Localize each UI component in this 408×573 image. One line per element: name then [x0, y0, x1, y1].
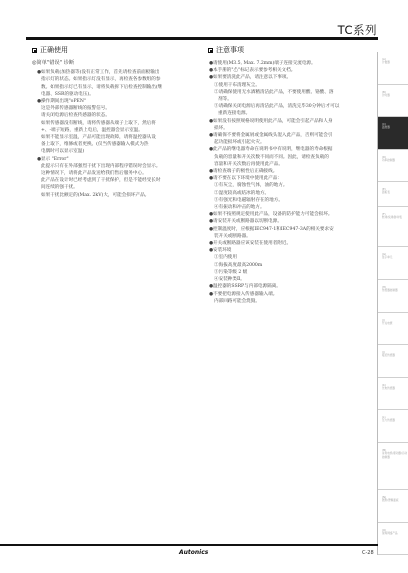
text-line: ●本手册的"⚠"标记表示要参考相关文档。 [209, 67, 369, 74]
text-line: ④安装种类Ⅱ。 [209, 276, 369, 283]
subheading-error-diagnosis: ◎简单"错误" 诊断 [32, 60, 192, 67]
text-line: ①有灰尘，腐蚀性气体，油的地方。 [209, 182, 369, 189]
text-line: 此产品在设计时已经考虑到了干扰保护，但是不能经受长时 [32, 177, 192, 184]
right-column: ●请使用(M3.5, Max. 7.2mm)端子连接交流电源。●本手册的"⚠"标… [209, 60, 369, 305]
sidebar-tab-a[interactable]: (A)计数器 [378, 52, 408, 85]
sidebar-tab-g[interactable]: (G)显示单元 [378, 247, 408, 280]
sidebar-tab-o[interactable]: (O)现场网络产品 [378, 523, 408, 555]
sidebar-tab-f[interactable]: (F)转速/线速/脉冲表 [378, 207, 408, 247]
text-line: 损坏。 [209, 125, 369, 132]
text-line: ●如果没有按照规格说明使用此产品，可能会引起产品和人身 [209, 118, 369, 125]
text-line: ●请检查端子的极性后正确接线。 [209, 168, 369, 175]
sidebar-tab-b[interactable]: (B)计时器 [378, 85, 408, 117]
page-number: C-28 [362, 550, 374, 556]
text-line: 如果传感器没有断线，请将传感器从端子上取下，然后将 [32, 120, 192, 127]
sidebar-tab-i[interactable]: (I)开关电源 [378, 313, 408, 345]
text-line: ●如果负载(加热器等)没有正常工作，首先请检查前面板输出 [32, 69, 192, 76]
text-line: 备上取下，维修或者更换。(仅当传感器输入模式为热 [32, 141, 192, 148]
text-line: 起功能损坏或引起火灾。 [209, 139, 369, 146]
text-line: ③有强光和电磁辐射存在的地方。 [209, 197, 369, 204]
tab-label: 转速/线速/脉冲表 [382, 216, 402, 219]
tab-label: 功率控制器 [382, 159, 395, 162]
text-line: +、-端子短路，重新上电后，温控器会显示室温。 [32, 127, 192, 134]
tab-label: 开关电源 [382, 322, 392, 325]
text-line: 剂等。 [209, 96, 369, 103]
top-rule [26, 37, 378, 40]
text-line: ●操作期间出现"oPEN" [32, 98, 192, 105]
text-line: ②请确保使用无水酒精清洁此产品，不要使用酸、铬酸、溶 [209, 89, 369, 96]
text-line: 重新连接电源。 [209, 110, 369, 117]
right-text-body: ●请使用(M3.5, Max. 7.2mm)端子连接交流电源。●本手册的"⚠"标… [209, 60, 369, 305]
tab-label: 面板表 [382, 191, 390, 194]
text-line: ③请确保关闭电源后再清洁此产品，清洗完毕30分钟后才可以 [209, 103, 369, 110]
text-line: ●此产品的继电器寿命在说明书中有说明，继电器的寿命根据 [209, 146, 369, 153]
text-line: 数。如果指示灯已有显示，请将负载拆下后检查控制输出(继 [32, 84, 192, 91]
text-line: ●控制温度时，应根据IEC947-1和IEC947-3A的相关要求安 [209, 226, 369, 233]
sidebar-tab-l[interactable]: (L)压力传感器 [378, 410, 408, 443]
tab-label: 光电传感器 [382, 387, 395, 390]
sidebar-tab-j[interactable]: (J)接近传感器 [378, 345, 408, 378]
text-line: ●请确保不要将金属屑或金属线头混入此产品，否则可能会引 [209, 132, 369, 139]
text-line: ①使用干布清理灰尘。 [209, 82, 369, 89]
text-line: ●温控器的SSRP与内部电源隔离。 [209, 283, 369, 290]
text-line: ●如果要清洗此产品，请注意以下事项。 [209, 74, 369, 81]
tab-label: 计数器 [382, 61, 390, 64]
sidebar-tab-d[interactable]: (D)功率控制器 [378, 150, 408, 182]
tab-label: 温控器 [382, 126, 390, 129]
sidebar-tabs: (A)计数器(B)计时器(C)温控器(D)功率控制器(E)面板表(F)转速/线速… [377, 52, 408, 555]
text-line: ③污染等级 2 级 [209, 269, 369, 276]
sidebar-tab-k[interactable]: (K)光电传感器 [378, 378, 408, 410]
tab-label: 步进电机/驱动器/运动控制器 [382, 452, 407, 458]
left-column: ◎简单"错误" 诊断 ●如果负载(加热器等)没有正常工作，首先请检查前面板输出指… [32, 60, 192, 199]
text-line: ●安装环境 [209, 247, 369, 254]
text-line: 间连续的强干扰。 [32, 184, 192, 191]
text-line: ●不要把电源接入传感器输入端。 [209, 291, 369, 298]
text-line: ●请不要在以下环境中使用此产品： [209, 175, 369, 182]
sidebar-tab-e[interactable]: (E)面板表 [378, 182, 408, 207]
text-line: 负载的容量和开关次数不同而不同。因此，请检查负载的 [209, 154, 369, 161]
square-bullet-icon [208, 48, 213, 53]
text-line: 这种情况下，请将此产品发送给我们售后服务中心。 [32, 170, 192, 177]
text-line: ●开关或断路器应该安装在使用者附近。 [209, 240, 369, 247]
tab-label: 接近传感器 [382, 354, 395, 357]
text-line: 请关闭电源后检查传感器的状态。 [32, 112, 192, 119]
text-line: ②海拔高度最高2000m [209, 262, 369, 269]
text-line: 电器、SSR的驱动电压)。 [32, 91, 192, 98]
text-line: 这是外部传感器断线的报警信号。 [32, 105, 192, 112]
section-heading-correct-use: 正确使用 [32, 45, 68, 55]
left-text-body: ●如果负载(加热器等)没有正常工作，首先请检查前面板输出指示灯的状态。如果指示灯… [32, 69, 192, 199]
tab-label: 计时器 [382, 94, 390, 97]
tab-label: 压力传感器 [382, 419, 395, 422]
section-heading-cautions: 注意事项 [208, 45, 244, 55]
section-heading-label: 注意事项 [216, 45, 244, 55]
brand-logo: Autonics [179, 549, 208, 556]
tab-label: 图形/逻辑面板 [382, 499, 398, 502]
section-heading-label: 正确使用 [40, 45, 68, 55]
tab-label: 现场网络产品 [382, 532, 398, 535]
sidebar-tab-n[interactable]: (N)图形/逻辑面板 [378, 490, 408, 523]
text-line: 此提示只有在外部强烈干扰下出现内部程序错误时会显示。 [32, 163, 192, 170]
square-bullet-icon [32, 48, 37, 53]
text-line: ④有振动和冲击的地方。 [209, 204, 369, 211]
text-line: ①室内使用 [209, 254, 369, 261]
tab-label: 显示单元 [382, 256, 392, 259]
text-line: ②湿度较高或结冰的地方。 [209, 190, 369, 197]
text-line: ●请使用(M3.5, Max. 7.2mm)端子连接交流电源。 [209, 60, 369, 67]
text-line: ●如果不按照规定使用此产品，设备的防护能力可能会损坏。 [209, 211, 369, 218]
bottom-rule [0, 544, 378, 546]
text-line: 如果不能显示室温，产品可能出现故障，请将温控器从设 [32, 134, 192, 141]
text-line: 装开关或断路器。 [209, 233, 369, 240]
series-title: TC系列 [338, 22, 377, 38]
sidebar-tab-c[interactable]: (C)温控器 [378, 117, 408, 150]
text-line: 如果干扰比额定的(Max. 2kV)大，可能会损坏产品。 [32, 192, 192, 199]
text-line: ●显示 "Error" [32, 156, 192, 163]
text-line: 指示灯的状态。如果指示灯没有显示，再检查各参数组的参 [32, 76, 192, 83]
text-line: ●请安装开关或断路器以切断电源。 [209, 218, 369, 225]
sidebar-tab-h[interactable]: (H)传感器控制器 [378, 280, 408, 313]
sidebar-tab-m[interactable]: (M)步进电机/驱动器/运动控制器 [378, 443, 408, 490]
tab-label: 传感器控制器 [382, 289, 398, 292]
text-line: 容量和开关次数后再使用此产品。 [209, 161, 369, 168]
text-line: 电偶时可以显示室温) [32, 148, 192, 155]
text-line: 内部回路可能会烧毁。 [209, 298, 369, 305]
